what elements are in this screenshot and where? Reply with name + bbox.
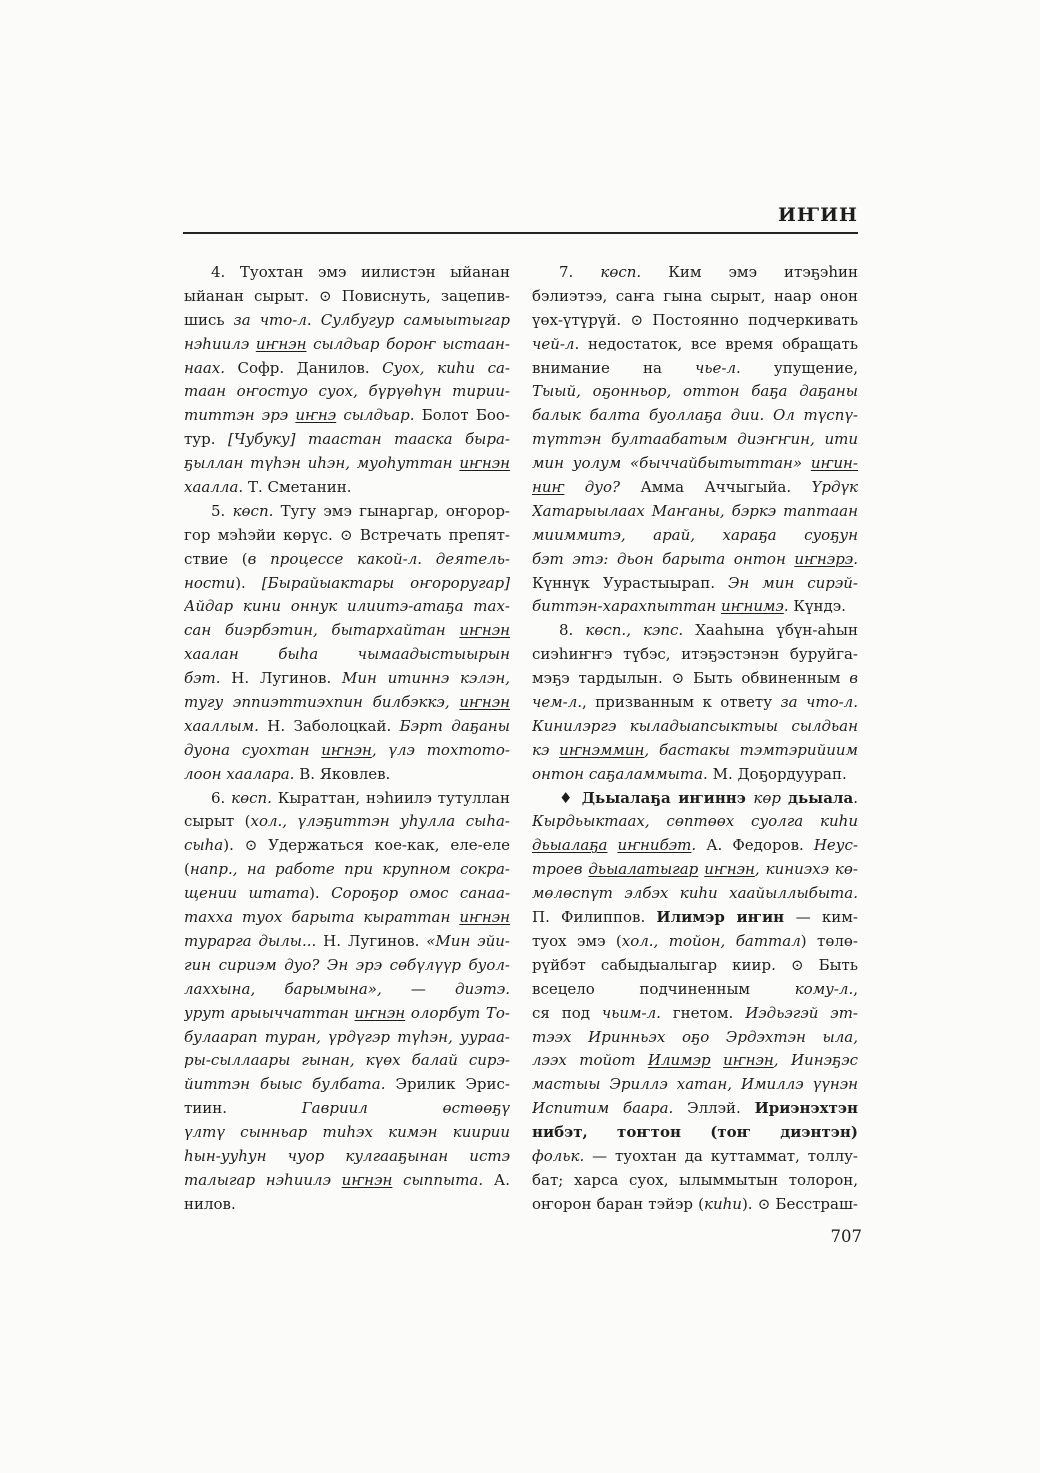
text-line: П. Филиппов. Илимэр иҥин — ким- <box>532 906 858 930</box>
text-line: мөлөспүт элбэх киһи хаайыллыбыта. <box>532 882 858 906</box>
text-line: ся под чьим-л. гнетом. Иэдьэгэй эт- <box>532 1002 858 1026</box>
text-line: биттэн-харахпыттан иҥнимэ. Күндэ. <box>532 595 858 619</box>
text-line: дуона суохтан иҥнэн, үлэ тохтото- <box>184 739 510 763</box>
text-line: түттэн бултаабатым диэҥҥин, ити <box>532 428 858 452</box>
text-line: гин сириэм дуо? Эн эрэ сөбүлүүр буол- <box>184 954 510 978</box>
text-line: Айдар кини оннук илиитэ-атаҕа тах- <box>184 595 510 619</box>
text-line: 7. көсп. Ким эмэ итэҕэһин тоһоҕолоон <box>532 261 858 285</box>
text-line: нибэт, тоҥтон (тоҥ диэнтэн) толлубат <box>532 1121 858 1145</box>
text-line: Испитим баара. Эллэй. Ириэнэхтэн иҥ- <box>532 1097 858 1121</box>
text-line: ры-сыллаары гынан, күөх балай сирэ- <box>184 1049 510 1073</box>
text-line: урут арыыччаттан иҥнэн олорбут То- <box>184 1002 510 1026</box>
text-line: рүйбэт сабыдыалыгар киир. ⊙ Быть <box>532 954 858 978</box>
text-line: лээх тойот Илимэр иҥнэн, Иинэҕэс <box>532 1049 858 1073</box>
text-line: шись за что-л. Сулбугур самыытыгар <box>184 309 510 333</box>
text-line: бэлиэтээ, саҥа гына сырыт, наар онон <box>532 285 858 309</box>
text-line: сан биэрбэтин, бытархайтан иҥнэн <box>184 619 510 643</box>
text-line: бат; харса суох, ылыммытын толорон, <box>532 1169 858 1193</box>
text-line: тугу эппиэттиэхпин билбэккэ, иҥнэн <box>184 691 510 715</box>
text-line: фольк. — туохтан да куттаммат, толлу- <box>532 1145 858 1169</box>
text-line: лоон хаалара. В. Яковлев. <box>184 763 510 787</box>
text-line: внимание на чье-л. упущение, цепляться. <box>532 357 858 381</box>
text-line: хаалан быһа чымаадыстыырын сөбүлээ- <box>184 643 510 667</box>
text-line: тээх Иринньэх оҕо Эрдэхтэн ыла, Иҥсэ- <box>532 1026 858 1050</box>
text-line: дьыалаҕа иҥнибэт. А. Федоров. Неус- <box>532 834 858 858</box>
text-line: 5. көсп. Тугу эмэ гынаргар, оҥорор- <box>184 500 510 524</box>
text-line: ♦ Дьыалаҕа иҥиннэ көр дьыала. <box>532 787 858 811</box>
text-line: щении штата). Сороҕор омос санаа- <box>184 882 510 906</box>
text-line: наах. Софр. Данилов. Суох, киһи са- <box>184 357 510 381</box>
text-line: онтон саҕаламмыта. М. Доҕордуурап. <box>532 763 858 787</box>
text-line: ыйанан сырыт. ⊙ Повиснуть, зацепив- <box>184 285 510 309</box>
text-line: Күннүк Уурастыырап. Эн мин сирэй- <box>532 572 858 596</box>
text-line: 6. көсп. Кыраттан, нэһиилэ тутуллан <box>184 787 510 811</box>
text-line: 8. көсп., кэпс. Хааһына үбүн-аһын <box>532 619 858 643</box>
text-line: сиэһиҥҥэ түбэс, итэҕэстэнэн буруйга-сэ- <box>532 643 858 667</box>
text-line: ниҥ дуо? Амма Аччыгыйа. Үрдүк Бүөтүр <box>532 476 858 500</box>
text-line: балык балта буоллаҕа дии. Ол түспү- <box>532 404 858 428</box>
page-number: 707 <box>184 1227 862 1246</box>
text-line: үлтү сынньар тиһэх кимэн киирии тыа- <box>184 1121 510 1145</box>
text-line: Хатарыылаах Маҥаны, бэркэ таптаан <box>532 500 858 524</box>
text-line: титтэн эрэ иҥнэ сылдьар. Болот Боо- <box>184 404 510 428</box>
text-line: мин уолум «быччайбытыттан» иҥин- <box>532 452 858 476</box>
left-column: 4. Туохтан эмэ иилистэн ыйанан хаал,ыйан… <box>184 261 510 1217</box>
text-line: тиин. Гавриил өстөөҕү бүтэһиктээхтик <box>184 1097 510 1121</box>
text-line: хааллым. Н. Заболоцкай. Бэрт даҕаны <box>184 715 510 739</box>
text-line: ствие (в процессе какой-л. деятель- <box>184 548 510 572</box>
text-line: туох эмэ (хол., тойон, баттал) төлө- <box>532 930 858 954</box>
text-line: йиттэн быыс булбата. Эрилик Эрис- <box>184 1073 510 1097</box>
text-line: Кинилэргэ кыладыапсыктыы сылдьан эк- <box>532 715 858 739</box>
text-line: мииммитэ, арай, хараҕа суоҕун сөбүлээ- <box>532 524 858 548</box>
text-line: ности). [Бырайыактары оҥороругар] <box>184 572 510 596</box>
header-rule <box>183 232 858 234</box>
text-line: бэт. Н. Лугинов. Мин итиннэ кэлэн, <box>184 667 510 691</box>
text-line: кэ иҥнэммин, бастакы тэмтэрийиим <box>532 739 858 763</box>
running-head: ИҤИН <box>184 204 858 226</box>
text-line: талыгар нэһиилэ иҥнэн сыппыта. А. Да- <box>184 1169 510 1193</box>
text-line: турарга дылы... Н. Лугинов. «Мин эйи- <box>184 930 510 954</box>
text-line: чей-л. недостаток, все время обращать <box>532 333 858 357</box>
text-line: оҥорон баран тэйэр (киһи). ⊙ Бесстраш- <box>532 1193 858 1217</box>
text-line: таан оҥостуо суох, бүрүөһүн тирии- <box>184 380 510 404</box>
text-line: тур. [Чубуку] таастан тааска быра- <box>184 428 510 452</box>
text-line: гор мэһэйи көрүс. ⊙ Встречать препят- <box>184 524 510 548</box>
text-line: үөх-үтүрүй. ⊙ Постоянно подчеркивать <box>532 309 858 333</box>
text-line: мастыы Эриллэ хатан, Имиллэ үүнэн <box>532 1073 858 1097</box>
text-line: нэһиилэ иҥнэн сылдьар бороҥ ыстаан- <box>184 333 510 357</box>
text-line: (напр., на работе при крупном сокра- <box>184 858 510 882</box>
text-line: чем-л., призванным к ответу за что-л. <box>532 691 858 715</box>
text-line: булаарап туран, үрдүгэр түһэн, уураа- <box>184 1026 510 1050</box>
text-line: бэт этэ: дьон барыта онтон иҥнэрэ. <box>532 548 858 572</box>
text-line: троев дьыалатыгар иҥнэн, киниэхэ кө- <box>532 858 858 882</box>
text-line: һын-ууһун чуор кулгааҕынан истэ госпи- <box>184 1145 510 1169</box>
text-line: хаалла. Т. Сметанин. <box>184 476 510 500</box>
text-line: ҕыллан түһэн иһэн, муоһуттан иҥнэн <box>184 452 510 476</box>
text-line: 4. Туохтан эмэ иилистэн ыйанан хаал, <box>184 261 510 285</box>
text-line: Тыый, оҕонньор, оттон баҕа даҕаны <box>532 380 858 404</box>
text-line: тахха туох барыта кыраттан иҥнэн <box>184 906 510 930</box>
text-line: лаххына, барымына», — диэтэ. Истээт, <box>184 978 510 1002</box>
text-line: сырыт (хол., үлэҕиттэн уһулла сыһа- <box>184 810 510 834</box>
text-line: нилов. <box>184 1193 510 1217</box>
text-line: мэҕэ тардылын. ⊙ Быть обвиненным в <box>532 667 858 691</box>
text-line: сыһа). ⊙ Удержаться кое-как, еле-еле <box>184 834 510 858</box>
right-column: 7. көсп. Ким эмэ итэҕэһин тоһоҕолоонбэли… <box>532 261 858 1217</box>
text-line: Кырдьыктаах, сөптөөх суолга киһи <box>532 810 858 834</box>
text-line: всецело подчиненным кому-л., находить- <box>532 978 858 1002</box>
